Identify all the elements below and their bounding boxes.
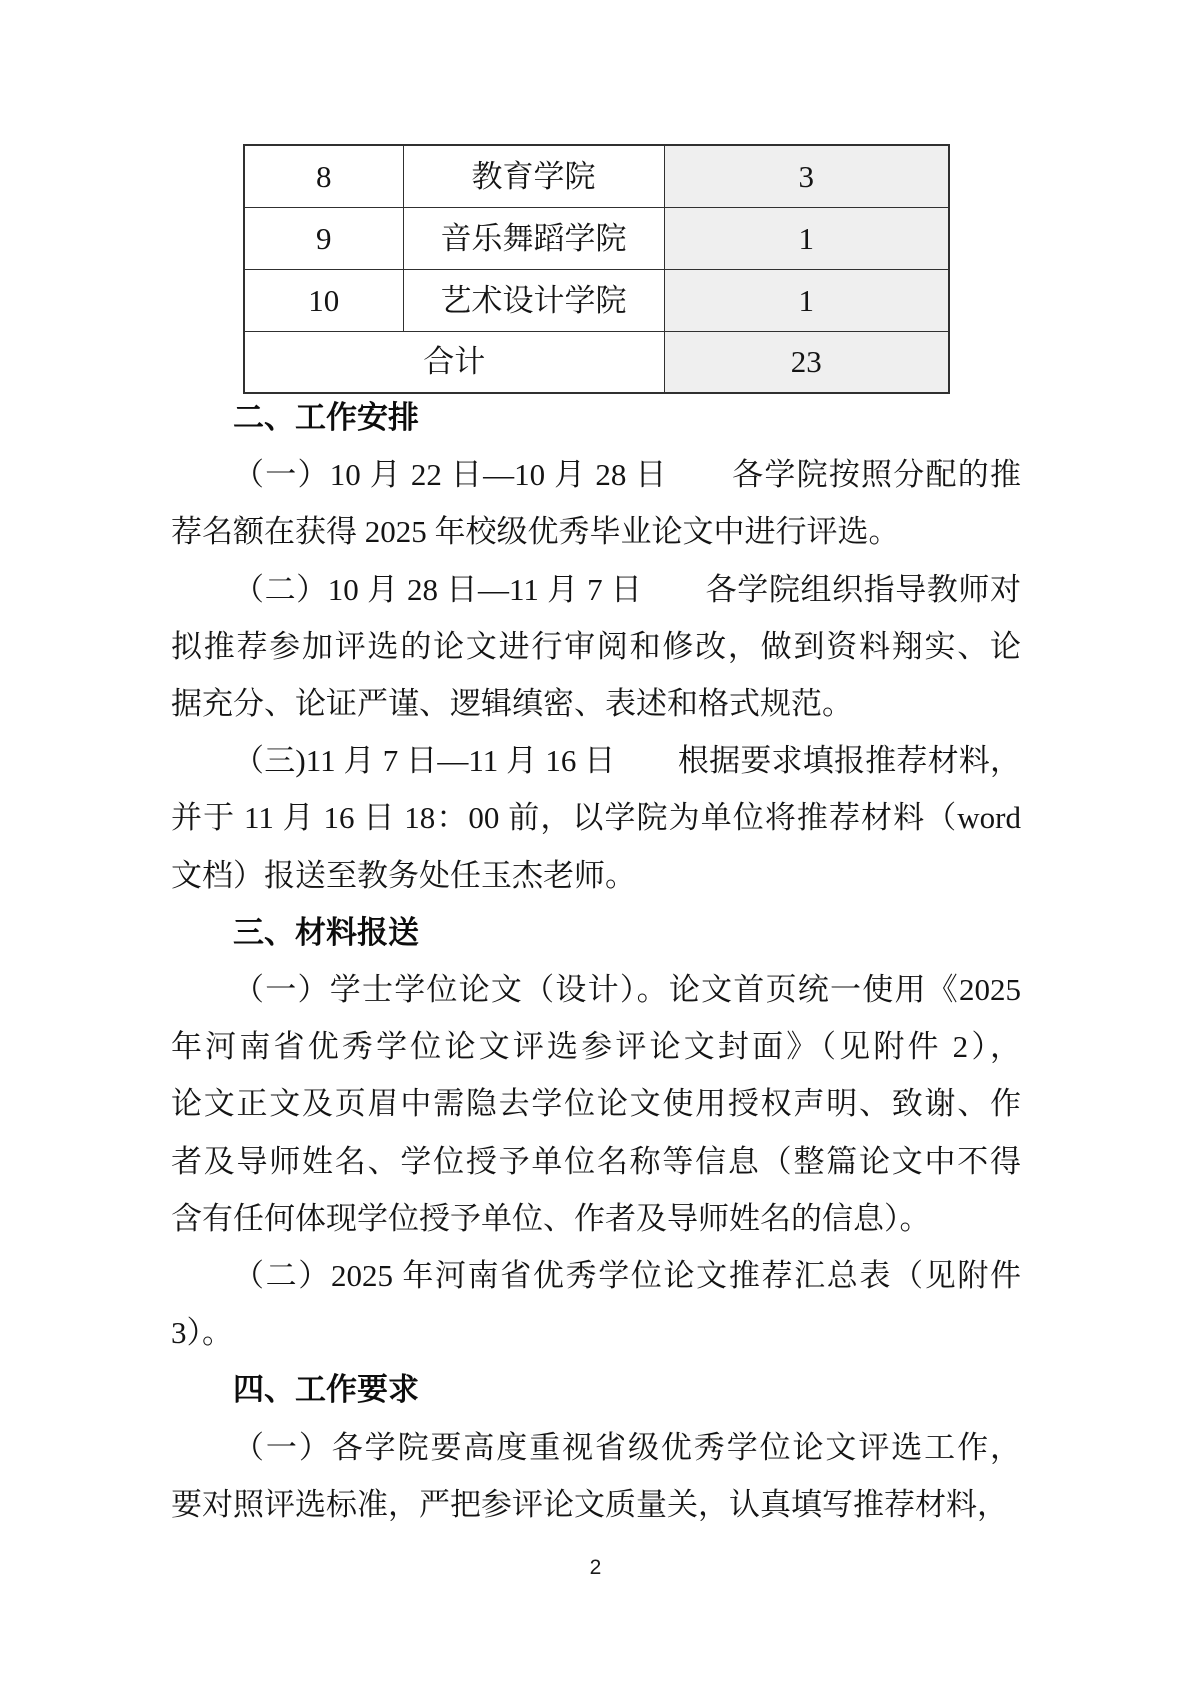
table-cell-index: 9 <box>244 207 403 269</box>
document-page: 8 教育学院 3 9 音乐舞蹈学院 1 10 艺术设计学院 1 合计 23 二、… <box>0 0 1191 1684</box>
table-cell-index: 8 <box>244 145 403 207</box>
section-heading-material-submission: 三、材料报送 <box>171 904 1021 961</box>
paragraph-schedule-3: （三)11 月 7 日—11 月 16 日 根据要求填报推荐材料，并于 11 月… <box>171 732 1021 904</box>
paragraph-schedule-2: （二）10 月 28 日—11 月 7 日 各学院组织指导教师对拟推荐参加评选的… <box>171 561 1021 733</box>
table-total-row: 合计 23 <box>244 331 949 393</box>
table-cell-quota: 1 <box>664 207 949 269</box>
total-label-cell: 合计 <box>244 331 664 393</box>
page-number: 2 <box>0 1556 1191 1580</box>
quota-table: 8 教育学院 3 9 音乐舞蹈学院 1 10 艺术设计学院 1 合计 23 <box>243 144 950 394</box>
total-value-cell: 23 <box>664 331 949 393</box>
table-row: 8 教育学院 3 <box>244 145 949 207</box>
paragraph-requirement-1: （一）各学院要高度重视省级优秀学位论文评选工作，要对照评选标准，严把参评论文质量… <box>171 1419 1021 1533</box>
table-cell-college: 艺术设计学院 <box>403 269 664 331</box>
section-heading-work-requirements: 四、工作要求 <box>171 1361 1021 1418</box>
table-cell-college: 教育学院 <box>403 145 664 207</box>
table-row: 10 艺术设计学院 1 <box>244 269 949 331</box>
table-cell-quota: 1 <box>664 269 949 331</box>
document-body: 二、工作安排 （一）10 月 22 日—10 月 28 日 各学院按照分配的推荐… <box>171 389 1021 1533</box>
table-row: 9 音乐舞蹈学院 1 <box>244 207 949 269</box>
table-cell-college: 音乐舞蹈学院 <box>403 207 664 269</box>
table-cell-quota: 3 <box>664 145 949 207</box>
table-cell-index: 10 <box>244 269 403 331</box>
paragraph-material-2: （二）2025 年河南省优秀学位论文推荐汇总表（见附件3）。 <box>171 1247 1021 1361</box>
paragraph-material-1: （一）学士学位论文（设计）。论文首页统一使用《2025年河南省优秀学位论文评选参… <box>171 961 1021 1247</box>
section-heading-work-arrangement: 二、工作安排 <box>171 389 1021 446</box>
paragraph-schedule-1: （一）10 月 22 日—10 月 28 日 各学院按照分配的推荐名额在获得 2… <box>171 446 1021 560</box>
